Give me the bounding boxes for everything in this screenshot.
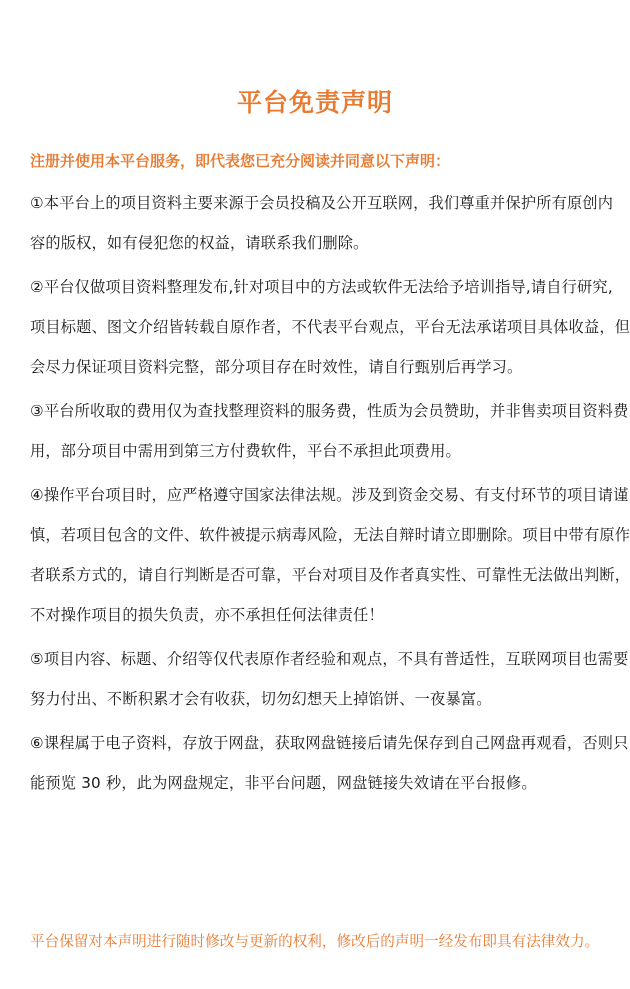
clause-2: ②平台仅做项目资料整理发布,针对项目中的方法或软件无法给予培训指导,请自行研究,… (30, 267, 604, 387)
clause-line: 会尽力保证项目资料完整，部分项目存在时效性，请自行甄别后再学习。 (30, 347, 604, 387)
clause-6: ⑥课程属于电子资料，存放于网盘，获取网盘链接后请先保存到自己网盘再观看，否则只 … (30, 723, 604, 803)
clause-line: ⑥课程属于电子资料，存放于网盘，获取网盘链接后请先保存到自己网盘再观看，否则只 (30, 723, 604, 763)
clause-line: ⑤项目内容、标题、介绍等仅代表原作者经验和观点，不具有普适性，互联网项目也需要 (30, 639, 604, 679)
clause-line: 努力付出、不断积累才会有收获，切勿幻想天上掉馅饼、一夜暴富。 (30, 679, 604, 719)
clause-line: 项目标题、图文介绍皆转载自原作者，不代表平台观点，平台无法承诺项目具体收益，但 (30, 307, 604, 347)
clause-line: ①本平台上的项目资料主要来源于会员投稿及公开互联网，我们尊重并保护所有原创内 (30, 183, 604, 223)
clause-line: 慎，若项目包含的文件、软件被提示病毒风险，无法自辩时请立即删除。项目中带有原作 (30, 515, 604, 555)
clause-line: 用，部分项目中需用到第三方付费软件，平台不承担此项费用。 (30, 431, 604, 471)
clause-line: 者联系方式的，请自行判断是否可靠，平台对项目及作者真实性、可靠性无法做出判断， (30, 555, 604, 595)
clause-3: ③平台所收取的费用仅为查找整理资料的服务费，性质为会员赞助，并非售卖项目资料费 … (30, 391, 604, 471)
clause-line: ③平台所收取的费用仅为查找整理资料的服务费，性质为会员赞助，并非售卖项目资料费 (30, 391, 604, 431)
intro-statement: 注册并使用本平台服务，即代表您已充分阅读并同意以下声明： (30, 150, 450, 171)
page-title: 平台免责声明 (0, 83, 630, 119)
clause-line: 容的版权，如有侵犯您的权益，请联系我们删除。 (30, 223, 604, 263)
clause-1: ①本平台上的项目资料主要来源于会员投稿及公开互联网，我们尊重并保护所有原创内 容… (30, 183, 604, 263)
disclaimer-clauses: ①本平台上的项目资料主要来源于会员投稿及公开互联网，我们尊重并保护所有原创内 容… (30, 183, 604, 807)
clause-line: 能预览 30 秒，此为网盘规定，非平台问题，网盘链接失效请在平台报修。 (30, 763, 604, 803)
clause-line: 不对操作项目的损失负责，亦不承担任何法律责任！ (30, 595, 604, 635)
footer-note: 平台保留对本声明进行随时修改与更新的权利，修改后的声明一经发布即具有法律效力。 (30, 930, 599, 951)
clause-line: ②平台仅做项目资料整理发布,针对项目中的方法或软件无法给予培训指导,请自行研究, (30, 267, 604, 307)
clause-5: ⑤项目内容、标题、介绍等仅代表原作者经验和观点，不具有普适性，互联网项目也需要 … (30, 639, 604, 719)
clause-4: ④操作平台项目时，应严格遵守国家法律法规。涉及到资金交易、有支付环节的项目请谨 … (30, 475, 604, 635)
clause-line: ④操作平台项目时，应严格遵守国家法律法规。涉及到资金交易、有支付环节的项目请谨 (30, 475, 604, 515)
